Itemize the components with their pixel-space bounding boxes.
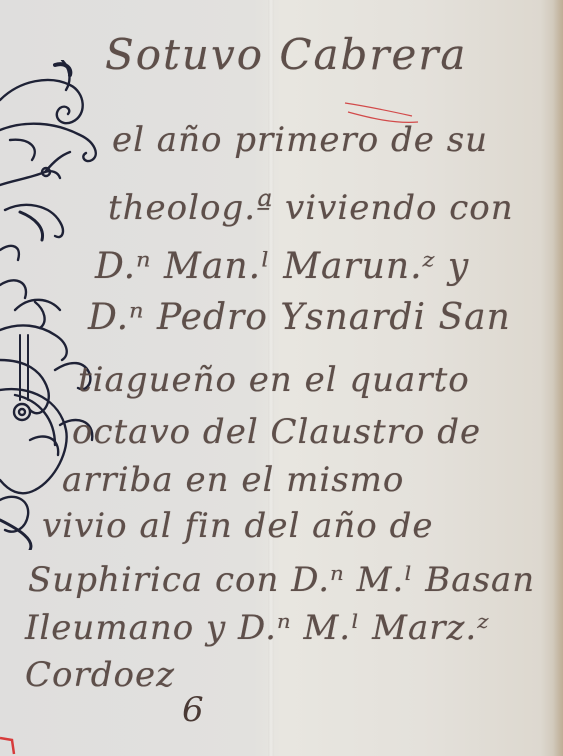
manuscript-line: D.ⁿ Pedro Ysnardi San xyxy=(88,297,511,338)
document-heading: Sotuvo Cabrera xyxy=(105,30,467,79)
red-corner-mark xyxy=(0,732,20,756)
page-edge-shadow xyxy=(553,0,563,756)
manuscript-page: Sotuvo Cabrera el año primero de su theo… xyxy=(0,0,563,756)
manuscript-line: octavo del Claustro de xyxy=(72,412,481,452)
manuscript-line: theolog.ª viviendo con xyxy=(108,188,514,228)
folio-number: 6 xyxy=(182,690,204,730)
manuscript-line: D.ⁿ Man.ˡ Marun.ᶻ y xyxy=(95,246,469,287)
manuscript-line: Cordoez xyxy=(25,655,175,695)
manuscript-line: Suphirica con D.ⁿ M.ˡ Basan xyxy=(28,560,535,600)
manuscript-line: el año primero de su xyxy=(112,120,488,160)
manuscript-line: Ileumano y D.ⁿ M.ˡ Marz.ᶻ xyxy=(25,608,489,648)
manuscript-line: tiagueño en el quarto xyxy=(78,360,470,400)
manuscript-line: arriba en el mismo xyxy=(62,460,404,500)
manuscript-line: vivio al fin del año de xyxy=(42,506,433,546)
